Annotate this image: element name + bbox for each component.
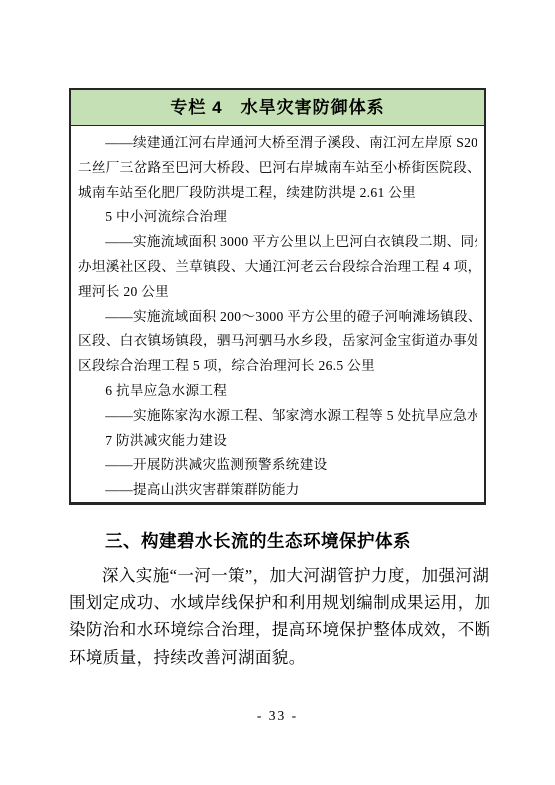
panel-line: 5 中小河流综合治理: [78, 205, 477, 230]
panel-line: 二丝厂三岔路至巴河大桥段、巴河右岸城南车站至小桥街医院段、小桥街: [78, 156, 477, 181]
panel-line: ——提高山洪灾害群策群防能力: [78, 478, 477, 503]
section-heading: 三、构建碧水长流的生态环境保护体系: [105, 528, 411, 553]
panel-line: 6 抗旱应急水源工程: [78, 379, 477, 404]
feature-box-title: 专栏 4 水旱灾害防御体系: [71, 90, 484, 126]
paragraph-line: 围划定成功、水域岸线保护和利用规划编制成果运用，加强水污: [69, 589, 489, 616]
panel-line: 区段、白衣镇场镇段，驷马河驷马水乡段，岳家河金宝街道办事处六门社: [78, 329, 477, 354]
panel-line: ——实施陈家沟水源工程、邹家湾水源工程等 5 处抗旱应急水源工程: [78, 404, 477, 429]
panel-line: 区段综合治理工程 5 项，综合治理河长 26.5 公里: [78, 354, 477, 379]
panel-line: 理河长 20 公里: [78, 280, 477, 305]
page-number: - 33 -: [0, 708, 555, 724]
panel-line: 办坦溪社区段、兰草镇段、大通江河老云台段综合治理工程 4 项，综合治: [78, 255, 477, 280]
paragraph-line: 深入实施“一河一策”，加大河湖管护力度，加强河湖管理范: [69, 562, 489, 589]
panel-line: ——续建通江河右岸通河大桥至渭子溪段、南江河左岸原 S202 省道: [78, 131, 477, 156]
document-page: 专栏 4 水旱灾害防御体系 ——续建通江河右岸通河大桥至渭子溪段、南江河左岸原 …: [0, 0, 555, 785]
body-paragraph: 深入实施“一河一策”，加大河湖管护力度，加强河湖管理范 围划定成功、水域岸线保护…: [69, 562, 489, 671]
panel-line: ——实施流域面积 200～3000 平方公里的磴子河响滩场镇段、元沱社: [78, 305, 477, 330]
panel-line: ——实施流域面积 3000 平方公里以上巴河白衣镇段二期、同州街道: [78, 230, 477, 255]
panel-line: 7 防洪减灾能力建设: [78, 429, 477, 454]
feature-box-body: ——续建通江河右岸通河大桥至渭子溪段、南江河左岸原 S202 省道 二丝厂三岔路…: [71, 126, 484, 505]
panel-line: ——开展防洪减灾监测预警系统建设: [78, 453, 477, 478]
paragraph-line: 环境质量，持续改善河湖面貌。: [69, 644, 489, 671]
panel-line: 城南车站至化肥厂段防洪堤工程，续建防洪堤 2.61 公里: [78, 181, 477, 206]
feature-box: 专栏 4 水旱灾害防御体系 ——续建通江河右岸通河大桥至渭子溪段、南江河左岸原 …: [69, 88, 486, 505]
paragraph-line: 染防治和水环境综合治理，提高环境保护整体成效，不断提升水: [69, 616, 489, 643]
